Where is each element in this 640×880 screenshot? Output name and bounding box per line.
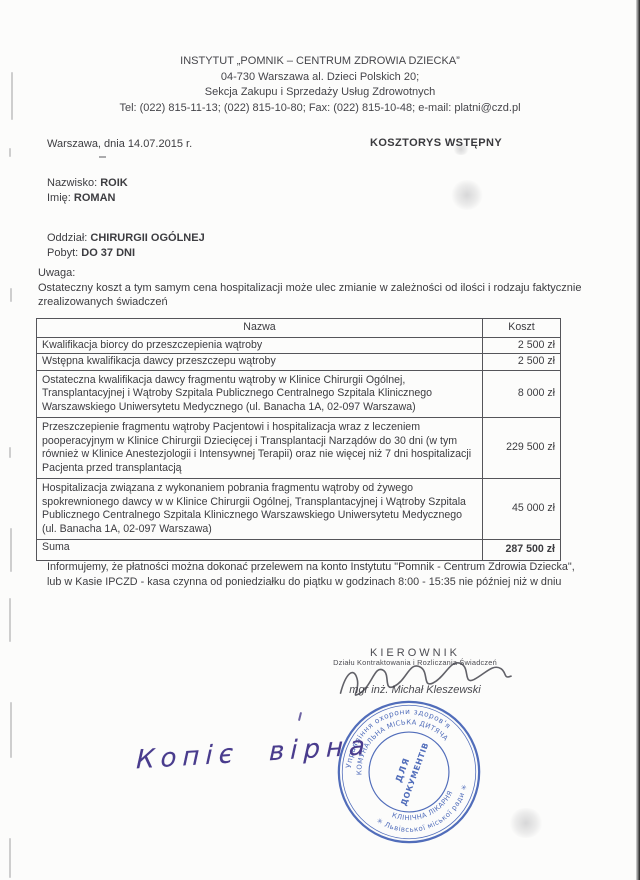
payment-instructions: Informujemy, że płatności można dokonać … xyxy=(47,560,592,590)
summary-label: Suma xyxy=(37,540,483,561)
scan-artifact xyxy=(9,838,11,878)
stay-label: Pobyt: xyxy=(47,247,78,259)
stay-row: Pobyt: DO 37 DNI xyxy=(47,246,205,261)
ward-label: Oddział: xyxy=(47,232,87,244)
signature-scrawl xyxy=(330,652,540,700)
disclaimer-note: Uwaga: Ostateczny koszt a tym samym cena… xyxy=(38,266,600,310)
service-name: Przeszczepienie fragmentu wątroby Pacjen… xyxy=(37,418,483,479)
stay-details: Oddział: CHIRURGII OGÓLNEJ Pobyt: DO 37 … xyxy=(47,231,205,261)
ward-value: CHIRURGII OGÓLNEJ xyxy=(90,232,204,244)
surname-row: Nazwisko: ROIK xyxy=(47,176,128,191)
institute-address: 04-730 Warszawa al. Dzieci Polskich 20; xyxy=(0,70,640,86)
service-name: Kwalifikacja biorcy do przeszczepienia w… xyxy=(37,337,483,354)
scan-artifact xyxy=(10,702,12,758)
service-cost: 229 500 zł xyxy=(483,418,561,479)
table-row: Hospitalizacja związana z wykonaniem pob… xyxy=(37,479,561,540)
institute-name: INSTYTUT „POMNIK – CENTRUM ZDROWIA DZIEC… xyxy=(0,54,640,70)
firstname-label: Imię: xyxy=(47,192,71,204)
date-line: Warszawa, dnia 14.07.2015 r. xyxy=(47,138,192,150)
scan-artifact xyxy=(9,447,11,458)
scan-artifact xyxy=(9,598,11,642)
scan-smudge xyxy=(452,143,470,155)
patient-identity: Nazwisko: ROIK Imię: ROMAN xyxy=(47,176,128,206)
service-cost: 45 000 zł xyxy=(483,479,561,540)
letterhead: INSTYTUT „POMNIK – CENTRUM ZDROWIA DZIEC… xyxy=(0,54,640,116)
surname-label: Nazwisko: xyxy=(47,177,97,189)
table-header-row: Nazwa Koszt xyxy=(37,319,561,338)
table-row: Kwalifikacja biorcy do przeszczepienia w… xyxy=(37,337,561,354)
scan-dash xyxy=(99,156,106,158)
institute-contact: Tel: (022) 815-11-13; (022) 815-10-80; F… xyxy=(0,101,640,117)
service-name: Wstępna kwalifikacja dawcy przeszczepu w… xyxy=(37,354,483,371)
service-name: Hospitalizacja związana z wykonaniem pob… xyxy=(37,479,483,540)
scan-artifact xyxy=(11,72,13,120)
scan-smudge xyxy=(508,808,544,838)
scan-artifact xyxy=(10,528,12,572)
service-cost: 8 000 zł xyxy=(483,370,561,418)
institute-department: Sekcja Zakupu i Sprzedaży Usług Zdrowotn… xyxy=(0,85,640,101)
handwritten-accent-mark xyxy=(298,712,302,721)
round-stamp: Управління охорони здоров'я ✳ Львівської… xyxy=(333,696,485,848)
summary-cost: 287 500 zł xyxy=(483,540,561,561)
scan-artifact xyxy=(9,148,11,157)
page-title: KOSZTORYS WSTĘPNY xyxy=(370,137,502,149)
table-row: Ostateczna kwalifikacja dawcy fragmentu … xyxy=(37,370,561,418)
ward-row: Oddział: CHIRURGII OGÓLNEJ xyxy=(47,231,205,246)
stay-value: DO 37 DNI xyxy=(81,247,135,259)
firstname-value: ROMAN xyxy=(74,192,116,204)
scan-artifact xyxy=(10,288,12,302)
column-header-cost: Koszt xyxy=(483,319,561,338)
firstname-row: Imię: ROMAN xyxy=(47,191,128,206)
table-row: Przeszczepienie fragmentu wątroby Pacjen… xyxy=(37,418,561,479)
cost-table: Nazwa Koszt Kwalifikacja biorcy do przes… xyxy=(36,318,561,561)
surname-value: ROIK xyxy=(100,177,128,189)
service-cost: 2 500 zł xyxy=(483,354,561,371)
column-header-name: Nazwa xyxy=(37,319,483,338)
service-name: Ostateczna kwalifikacja dawcy fragmentu … xyxy=(37,370,483,418)
service-cost: 2 500 zł xyxy=(483,337,561,354)
scan-smudge xyxy=(450,180,484,210)
note-text: Ostateczny koszt a tym samym cena hospit… xyxy=(38,281,600,310)
scan-edge-shadow xyxy=(636,0,640,880)
note-label: Uwaga: xyxy=(38,266,600,281)
table-summary-row: Suma 287 500 zł xyxy=(37,540,561,561)
table-row: Wstępna kwalifikacja dawcy przeszczepu w… xyxy=(37,354,561,371)
